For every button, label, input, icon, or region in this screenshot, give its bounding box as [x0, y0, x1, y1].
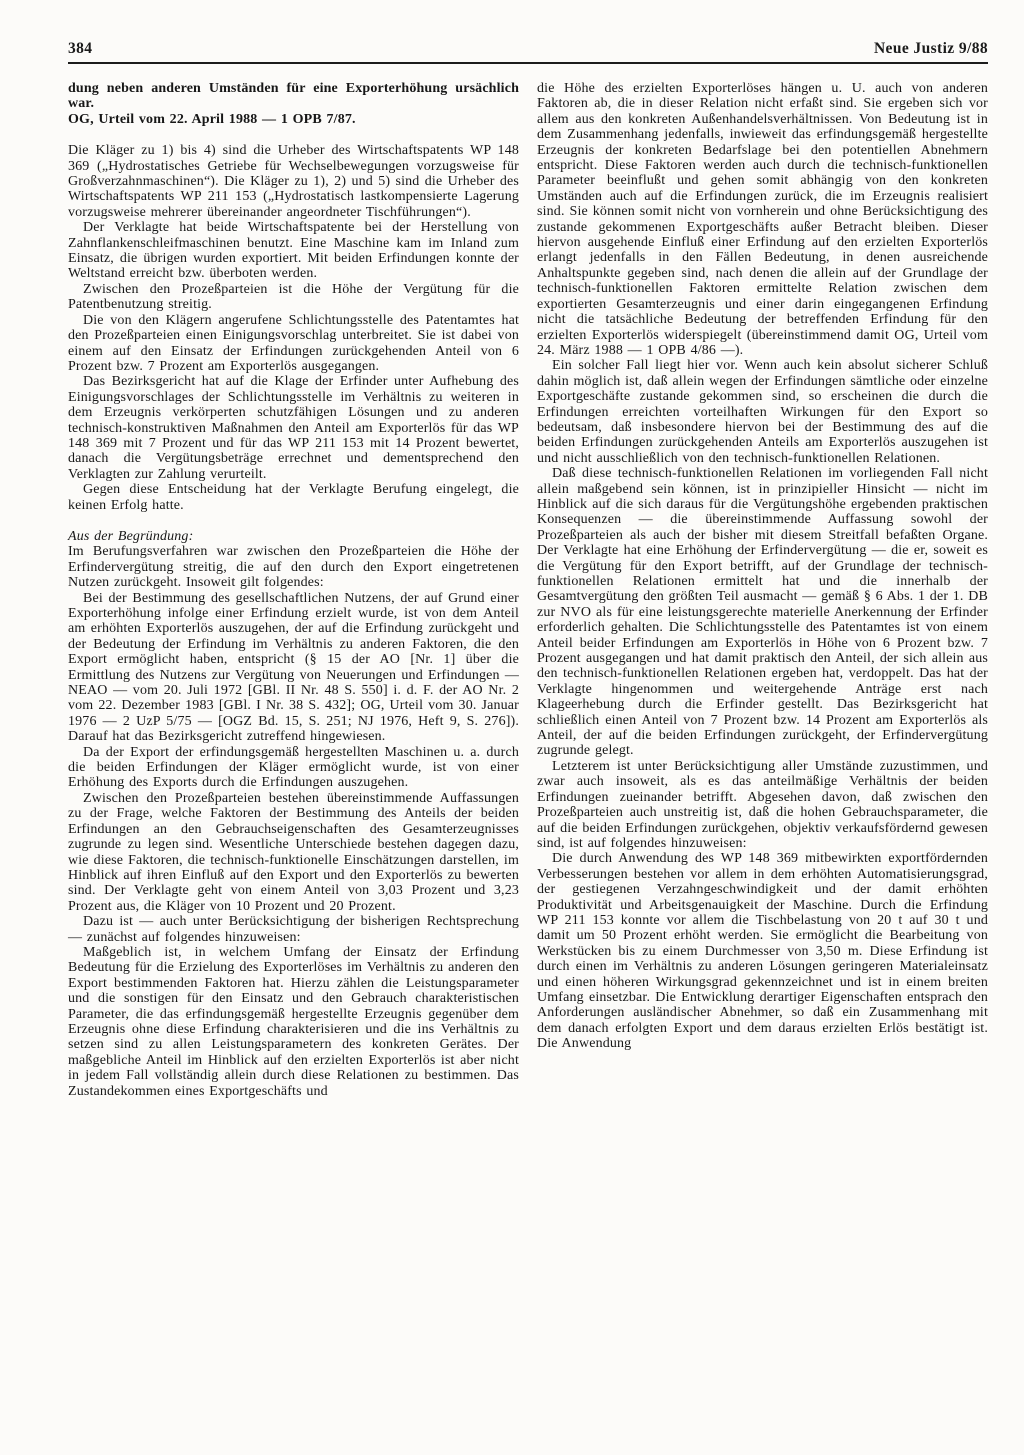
reasoning-paragraph: die Höhe des erzielten Exporterlöses hän… — [537, 81, 988, 358]
reasoning-paragraph: Dazu ist — auch unter Berücksichtigung d… — [68, 914, 519, 945]
facts-paragraph: Die von den Klägern angerufene Schlichtu… — [68, 313, 519, 375]
reasoning-paragraph: Da der Export der erfindungsgemäß herges… — [68, 745, 519, 791]
page-number: 384 — [68, 40, 92, 58]
text-columns: dung neben anderen Umständen für eine Ex… — [68, 81, 988, 1099]
reasoning-paragraph: Die durch Anwendung des WP 148 369 mitbe… — [537, 851, 988, 1051]
facts-paragraph: Das Bezirksgericht hat auf die Klage der… — [68, 374, 519, 482]
reasoning-paragraph: Letzterem ist unter Berücksichtigung all… — [537, 759, 988, 851]
header-rule — [68, 62, 988, 64]
reasoning-paragraph: Bei der Bestimmung des gesellschaftliche… — [68, 591, 519, 745]
facts-paragraph: Gegen diese Entscheidung hat der Verklag… — [68, 482, 519, 513]
headnote-continuation: dung neben anderen Umständen für eine Ex… — [68, 81, 519, 112]
page-header: 384 Neue Justiz 9/88 — [68, 40, 988, 58]
facts-paragraph: Zwischen den Prozeßparteien ist die Höhe… — [68, 282, 519, 313]
reasoning-heading: Aus der Begründung: — [68, 529, 519, 544]
facts-paragraph: Die Kläger zu 1) bis 4) sind die Urheber… — [68, 143, 519, 220]
reasoning-paragraph: Daß diese technisch-funktionellen Relati… — [537, 466, 988, 759]
journal-page: 384 Neue Justiz 9/88 dung neben anderen … — [0, 0, 1024, 1455]
reasoning-paragraph: Im Berufungsverfahren war zwischen den P… — [68, 544, 519, 590]
case-citation: OG, Urteil vom 22. April 1988 — 1 OPB 7/… — [68, 112, 519, 127]
reasoning-paragraph: Ein solcher Fall liegt hier vor. Wenn au… — [537, 358, 988, 466]
facts-paragraph: Der Verklagte hat beide Wirtschaftspaten… — [68, 220, 519, 282]
reasoning-paragraph: Zwischen den Prozeßparteien bestehen übe… — [68, 791, 519, 914]
reasoning-paragraph: Maßgeblich ist, in welchem Umfang der Ei… — [68, 945, 519, 1099]
page-content: 384 Neue Justiz 9/88 dung neben anderen … — [68, 40, 988, 1099]
right-column: die Höhe des erzielten Exporterlöses hän… — [537, 81, 988, 1099]
left-column: dung neben anderen Umständen für eine Ex… — [68, 81, 519, 1099]
journal-title: Neue Justiz 9/88 — [874, 40, 988, 58]
